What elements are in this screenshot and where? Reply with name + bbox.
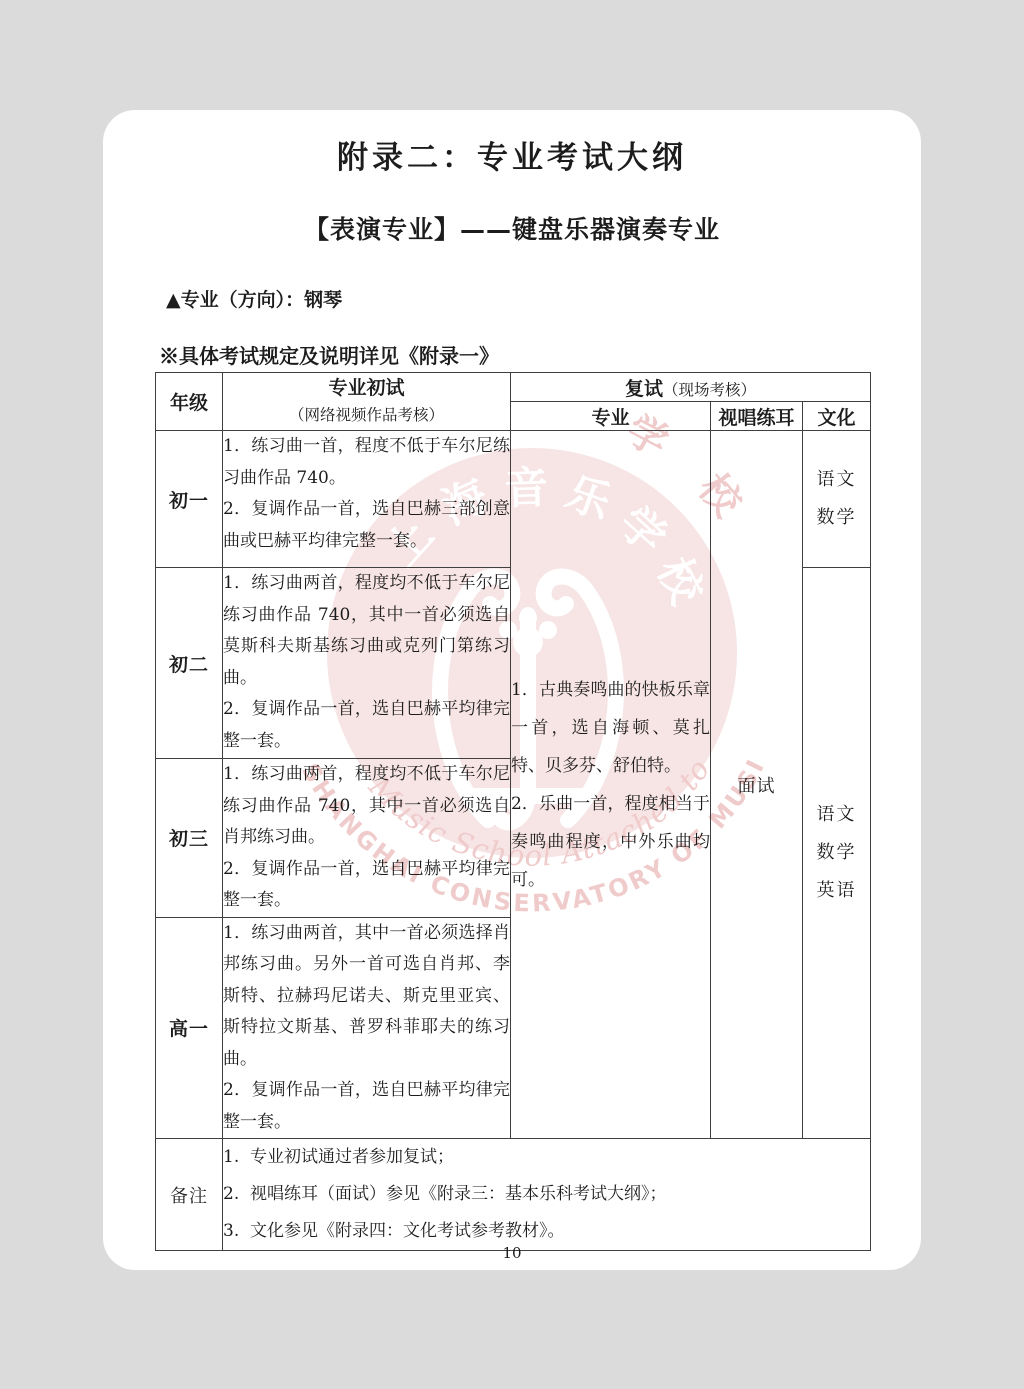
- junior1-first-exam-items: 1．练习曲一首，程度不低于车尔尼练习曲作品 740。2．复调作品一首，选自巴赫三…: [223, 431, 511, 568]
- header-first-exam-title: 专业初试: [223, 375, 510, 402]
- header-row-1: 年级 专业初试 （网络视频作品考核） 复试（现场考核）: [156, 373, 871, 402]
- text-line: 语文: [803, 461, 870, 499]
- major-direction-line: ▲专业（方向）：钢琴: [166, 285, 342, 312]
- sightsinging-cell: 面试: [711, 431, 803, 1139]
- text-line: 2．复调作品一首，选自巴赫三部创意曲或巴赫平均律完整一套。: [223, 494, 510, 557]
- page-number: 10: [103, 1244, 921, 1262]
- header-retest: 复试（现场考核）: [511, 373, 871, 402]
- header-first-exam: 专业初试 （网络视频作品考核）: [223, 373, 511, 431]
- header-retest-sub: （现场考核）: [663, 381, 756, 399]
- text-line: 2．复调作品一首，选自巴赫平均律完整一套。: [223, 1075, 510, 1138]
- text-line: 1．练习曲两首，其中一首必须选择肖邦练习曲。另外一首可选自肖邦、李斯特、拉赫玛尼…: [223, 918, 510, 1076]
- row-junior1: 初一 1．练习曲一首，程度不低于车尔尼练习曲作品 740。2．复调作品一首，选自…: [156, 431, 871, 568]
- header-grade: 年级: [156, 373, 223, 431]
- header-col-major: 专业: [511, 402, 711, 431]
- text-line: 2. 视唱练耳（面试）参见《附录三：基本乐科考试大纲》；: [223, 1176, 870, 1213]
- grade-junior2: 初二: [156, 568, 223, 759]
- header-col-sightsinging: 视唱练耳: [711, 402, 803, 431]
- header-col-culture: 文化: [803, 402, 871, 431]
- header-first-exam-sub: （网络视频作品考核）: [223, 402, 510, 429]
- grade-junior3: 初三: [156, 759, 223, 918]
- text-line: 英语: [803, 872, 870, 910]
- exam-rules-note: ※具体考试规定及说明详见《附录一》: [159, 340, 499, 369]
- retest-major-cell: 1．古典奏鸣曲的快板乐章一首，选自海顿、莫扎特、贝多芬、舒伯特。2．乐曲一首，程…: [511, 431, 711, 1139]
- text-line: 1．练习曲一首，程度不低于车尔尼练习曲作品 740。: [223, 431, 510, 494]
- remarks-body: 1. 专业初试通过者参加复试；2. 视唱练耳（面试）参见《附录三：基本乐科考试大…: [223, 1139, 871, 1251]
- text-line: 1．练习曲两首，程度均不低于车尔尼练习曲作品 740，其中一首必须选自莫斯科夫斯…: [223, 568, 510, 694]
- senior1-first-exam-items: 1．练习曲两首，其中一首必须选择肖邦练习曲。另外一首可选自肖邦、李斯特、拉赫玛尼…: [223, 917, 511, 1139]
- page-subtitle: 【表演专业】——键盘乐器演奏专业: [103, 210, 921, 246]
- exam-table: 年级 专业初试 （网络视频作品考核） 复试（现场考核） 专业 视唱练耳 文化 初…: [155, 372, 871, 1251]
- document-page: 上海音乐学校 学校 SHANGHAI CONSERVATORY OF MUSIC…: [103, 110, 921, 1270]
- remarks-label: 备注: [156, 1139, 223, 1251]
- culture-others-cell: 语文数学英语: [803, 568, 871, 1139]
- text-line: 1. 专业初试通过者参加复试；: [223, 1139, 870, 1176]
- text-line: 1．练习曲两首，程度均不低于车尔尼练习曲作品 740，其中一首必须选自肖邦练习曲…: [223, 759, 510, 854]
- grade-junior1: 初一: [156, 431, 223, 568]
- text-line: 数学: [803, 499, 870, 537]
- text-line: 2．复调作品一首，选自巴赫平均律完整一套。: [223, 694, 510, 757]
- junior2-first-exam-items: 1．练习曲两首，程度均不低于车尔尼练习曲作品 740，其中一首必须选自莫斯科夫斯…: [223, 568, 511, 759]
- text-line: 1．古典奏鸣曲的快板乐章一首，选自海顿、莫扎特、贝多芬、舒伯特。: [511, 671, 710, 785]
- header-retest-title: 复试: [625, 378, 663, 400]
- text-line: 数学: [803, 834, 870, 872]
- row-remarks: 备注 1. 专业初试通过者参加复试；2. 视唱练耳（面试）参见《附录三：基本乐科…: [156, 1139, 871, 1251]
- junior3-first-exam-items: 1．练习曲两首，程度均不低于车尔尼练习曲作品 740，其中一首必须选自肖邦练习曲…: [223, 759, 511, 918]
- grade-senior1: 高一: [156, 917, 223, 1139]
- culture-junior1-cell: 语文数学: [803, 431, 871, 568]
- text-line: 语文: [803, 796, 870, 834]
- text-line: 2．复调作品一首，选自巴赫平均律完整一套。: [223, 854, 510, 917]
- page-title: 附录二：专业考试大纲: [103, 132, 921, 177]
- text-line: 2．乐曲一首，程度相当于奏鸣曲程度，中外乐曲均可。: [511, 785, 710, 899]
